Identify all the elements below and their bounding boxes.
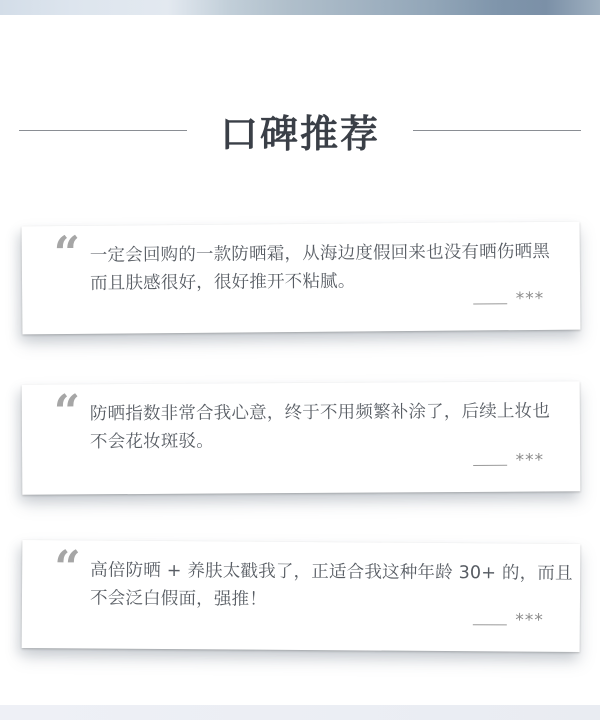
section-header: 口碑推荐 [0,103,600,158]
word-of-mouth-section: 口碑推荐 “ 一定会回购的一款防晒霜，从海边度假回来也没有晒伤晒黑 而且肤感很好… [0,0,600,720]
signature-line [473,464,507,466]
review-card: “ 高倍防晒 + 养肤太戳我了，正适合我这种年龄 30+ 的，而且 不会泛白假面… [22,540,581,652]
review-text: 高倍防晒 + 养肤太戳我了，正适合我这种年龄 30+ 的，而且 不会泛白假面，强… [90,557,560,616]
signature-line [473,303,507,305]
review-text: 防晒指数非常合我心意，终于不用频繁补涂了，后续上妆也 不会花妆斑驳。 [90,397,560,456]
section-title: 口碑推荐 [220,103,380,158]
top-image-strip [0,0,600,15]
quote-icon: “ [54,544,81,590]
review-line: 防晒指数非常合我心意，终于不用频繁补涂了，后续上妆也 [90,397,560,428]
signature: *** [473,291,545,309]
header-rule-right [413,130,581,132]
review-line: 一定会回购的一款防晒霜，从海边度假回来也没有晒伤晒黑 [90,238,560,270]
review-text: 一定会回购的一款防晒霜，从海边度假回来也没有晒伤晒黑 而且肤感很好，很好推开不粘… [90,238,560,298]
review-line: 不会花妆斑驳。 [90,425,560,456]
quote-icon: “ [54,230,81,276]
signature-stars: *** [515,612,544,629]
header-rule-left [19,130,187,132]
review-line: 高倍防晒 + 养肤太戳我了，正适合我这种年龄 30+ 的，而且 [90,557,560,588]
signature-stars: *** [516,453,545,470]
review-card: “ 一定会回购的一款防晒霜，从海边度假回来也没有晒伤晒黑 而且肤感很好，很好推开… [22,222,581,335]
signature-line [472,624,506,626]
quote-icon: “ [54,388,81,434]
review-card: “ 防晒指数非常合我心意，终于不用频繁补涂了，后续上妆也 不会花妆斑驳。 *** [22,381,581,494]
review-line: 不会泛白假面，强推！ [90,585,560,616]
signature: *** [472,612,544,629]
signature-stars: *** [516,291,545,308]
bottom-image-strip [0,705,600,720]
signature: *** [473,453,545,470]
